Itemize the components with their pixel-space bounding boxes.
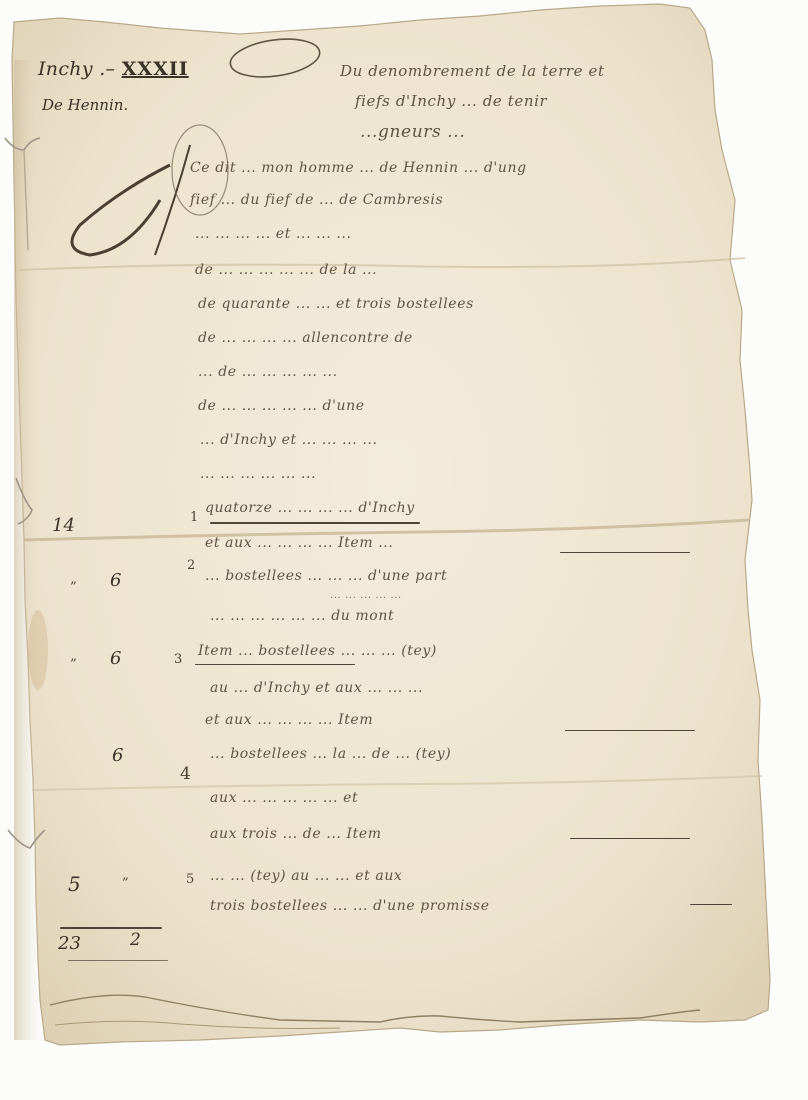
margin-total: 23 [58, 933, 81, 954]
body-line: au ... d'Inchy et aux ... ... ... [210, 680, 423, 696]
body-line: et aux ... ... ... ... Item [205, 712, 373, 728]
sum-rule [68, 960, 168, 961]
body-line: ... bostellees ... la ... de ... (tey) [210, 746, 451, 762]
reference-place: Inchy .– [38, 58, 122, 80]
item-mark: 3 [174, 652, 182, 667]
body-line: fief ... du fief de ... de Cambresis [190, 192, 443, 208]
body-line: Ce dit ... mon homme ... de Hennin ... d… [190, 160, 527, 176]
body-line: ... bostellees ... ... ... d'une part [205, 568, 447, 584]
body-line: ... ... ... ... ... ... [200, 466, 316, 482]
body-line: quatorze ... ... ... ... d'Inchy [205, 500, 415, 516]
archival-reference: Inchy .– XXXII [38, 58, 189, 80]
body-line: ... ... ... ... ... ... du mont [210, 608, 394, 624]
sum-rule [60, 927, 162, 929]
margin-number: 6 [110, 570, 121, 591]
margin-number: 6 [112, 745, 123, 766]
reference-number: XXXII [122, 58, 189, 80]
body-line: ... ... ... ... et ... ... ... [195, 226, 352, 242]
body-line: et aux ... ... ... ... Item ... [205, 535, 393, 551]
ditto-mark: ” [70, 657, 77, 672]
ditto-mark: ” [70, 580, 77, 595]
body-line: ... ... (tey) au ... ... et aux [210, 868, 402, 884]
margin-total: 2 [130, 930, 141, 950]
margin-number: 6 [110, 648, 121, 669]
margin-number: 14 [52, 515, 75, 536]
item-mark: 2 [187, 558, 195, 573]
body-line: de ... ... ... ... allencontre de [198, 330, 413, 346]
body-line: aux trois ... de ... Item [210, 826, 382, 842]
underline-rule [210, 522, 420, 524]
ditto-mark: ” [122, 876, 129, 891]
body-line: trois bostellees ... ... d'une promisse [210, 898, 490, 914]
underline-rule [565, 730, 695, 731]
margin-number: 5 [68, 872, 81, 896]
body-line: de quarante ... ... et trois bostellees [198, 296, 474, 312]
heading-line: ...gneurs ... [360, 122, 465, 142]
underline-rule [195, 664, 355, 665]
underline-rule [690, 904, 732, 905]
item-mark: 1 [190, 510, 198, 525]
body-line: ... d'Inchy et ... ... ... ... [200, 432, 378, 448]
underline-rule [560, 552, 690, 553]
item-mark: 5 [186, 872, 194, 887]
body-line: Item ... bostellees ... ... ... (tey) [198, 643, 437, 659]
body-line: ... de ... ... ... ... ... [198, 364, 338, 380]
heading-line: Du denombrement de la terre et [340, 62, 605, 80]
archival-name: De Hennin. [42, 96, 128, 114]
heading-line: fiefs d'Inchy ... de tenir [355, 92, 547, 110]
item-mark: 4 [180, 764, 191, 784]
body-line: de ... ... ... ... ... d'une [198, 398, 365, 414]
body-line: de ... ... ... ... ... de la ... [195, 262, 377, 278]
body-line: aux ... ... ... ... ... et [210, 790, 358, 806]
manuscript-page: Inchy .– XXXII De Hennin. Du denombremen… [0, 0, 808, 1100]
interlinear-note: ... ... ... ... ... [330, 590, 402, 601]
underline-rule [570, 838, 690, 839]
